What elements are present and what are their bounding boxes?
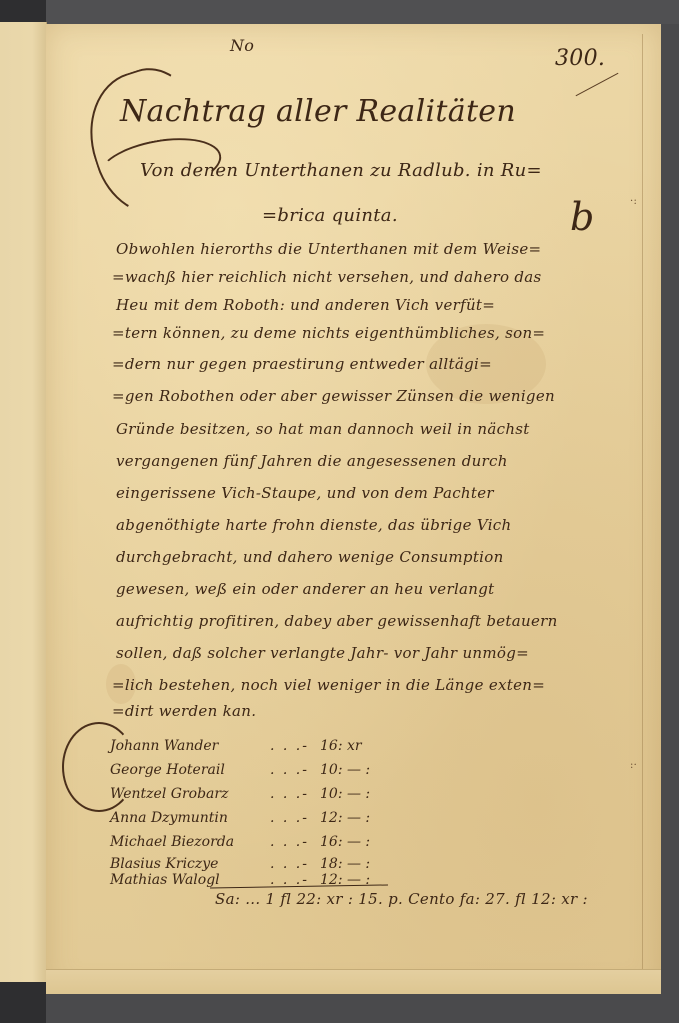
body-line: abgenöthigte harte frohn dienste, das üb… — [116, 516, 511, 534]
entry-name: George Hoterail — [110, 762, 270, 778]
subtitle-line: =brica quinta. — [262, 205, 398, 226]
entry-name: Johann Wander — [110, 738, 270, 754]
entry-name: Wentzel Grobarz — [110, 786, 270, 802]
facing-page-edge — [0, 22, 47, 982]
body-line: =lich bestehen, noch viel weniger in die… — [112, 676, 545, 694]
entry-name: Blasius Kriczye — [110, 856, 270, 872]
entry-amount: 16: — : — [320, 834, 380, 850]
subtitle-line: Von denen Unterthanen zu Radlub. in Ru= — [140, 160, 542, 181]
margin-mark: ·: — [630, 196, 637, 207]
body-line: sollen, daß solcher verlangte Jahr- vor … — [116, 644, 529, 662]
body-line: eingerissene Vich-Staupe, und von dem Pa… — [116, 484, 494, 502]
entry-amount: 12: — : — [320, 810, 380, 826]
entry-name: Michael Biezorda — [110, 834, 270, 850]
entry-amount: 18: — : — [320, 856, 380, 872]
entry-amount: 16: xr — [320, 738, 380, 754]
document-title: Nachtrag aller Realitäten — [120, 94, 516, 129]
list-item: Michael Biezorda. . .-16: — : — [110, 834, 380, 850]
folio-mark: No — [230, 36, 254, 55]
body-line: =gen Robothen oder aber gewisser Zünsen … — [112, 387, 555, 405]
page-edge-line — [642, 34, 643, 984]
body-line: =dirt werden kan. — [112, 702, 256, 720]
body-line: durchgebracht, und dahero wenige Consump… — [116, 548, 504, 566]
body-line: vergangenen fünf Jahren die angesessenen… — [116, 452, 508, 470]
list-item: Anna Dzymuntin. . .-12: — : — [110, 810, 380, 826]
body-line: =tern können, zu deme nichts eigenthümbl… — [112, 324, 545, 342]
list-item: Johann Wander. . .-16: xr — [110, 738, 380, 754]
entry-amount: 10: — : — [320, 762, 380, 778]
scanner-background-top — [0, 0, 679, 24]
total-line: Sa: ... 1 fl 22: xr : 15. p. Cento fa: 2… — [215, 890, 588, 908]
margin-mark: :· — [630, 760, 637, 771]
body-line: gewesen, weß ein oder anderer an heu ver… — [116, 580, 494, 598]
list-item: George Hoterail. . .-10: — : — [110, 762, 380, 778]
rubric-letter: b — [570, 195, 595, 239]
entry-name: Mathias Walogl — [110, 872, 270, 888]
body-line: Gründe besitzen, so hat man dannoch weil… — [116, 420, 530, 438]
entry-amount: 10: — : — [320, 786, 380, 802]
body-line: =wachß hier reichlich nicht versehen, un… — [112, 268, 542, 286]
title-text: Nachtrag aller Realitäten — [120, 94, 516, 129]
body-line: Heu mit dem Roboth: und anderen Vich ver… — [116, 296, 495, 314]
entry-name: Anna Dzymuntin — [110, 810, 270, 826]
list-item: Blasius Kriczye. . .-18: — : — [110, 856, 380, 872]
page-number: 300. — [555, 46, 605, 71]
page-bottom-fold — [46, 969, 661, 994]
body-line: =dern nur gegen praestirung entweder all… — [112, 355, 492, 373]
body-line: aufrichtig profitiren, dabey aber gewiss… — [116, 612, 558, 630]
body-line: Obwohlen hierorths die Unterthanen mit d… — [116, 240, 541, 258]
list-item: Wentzel Grobarz. . .-10: — : — [110, 786, 380, 802]
